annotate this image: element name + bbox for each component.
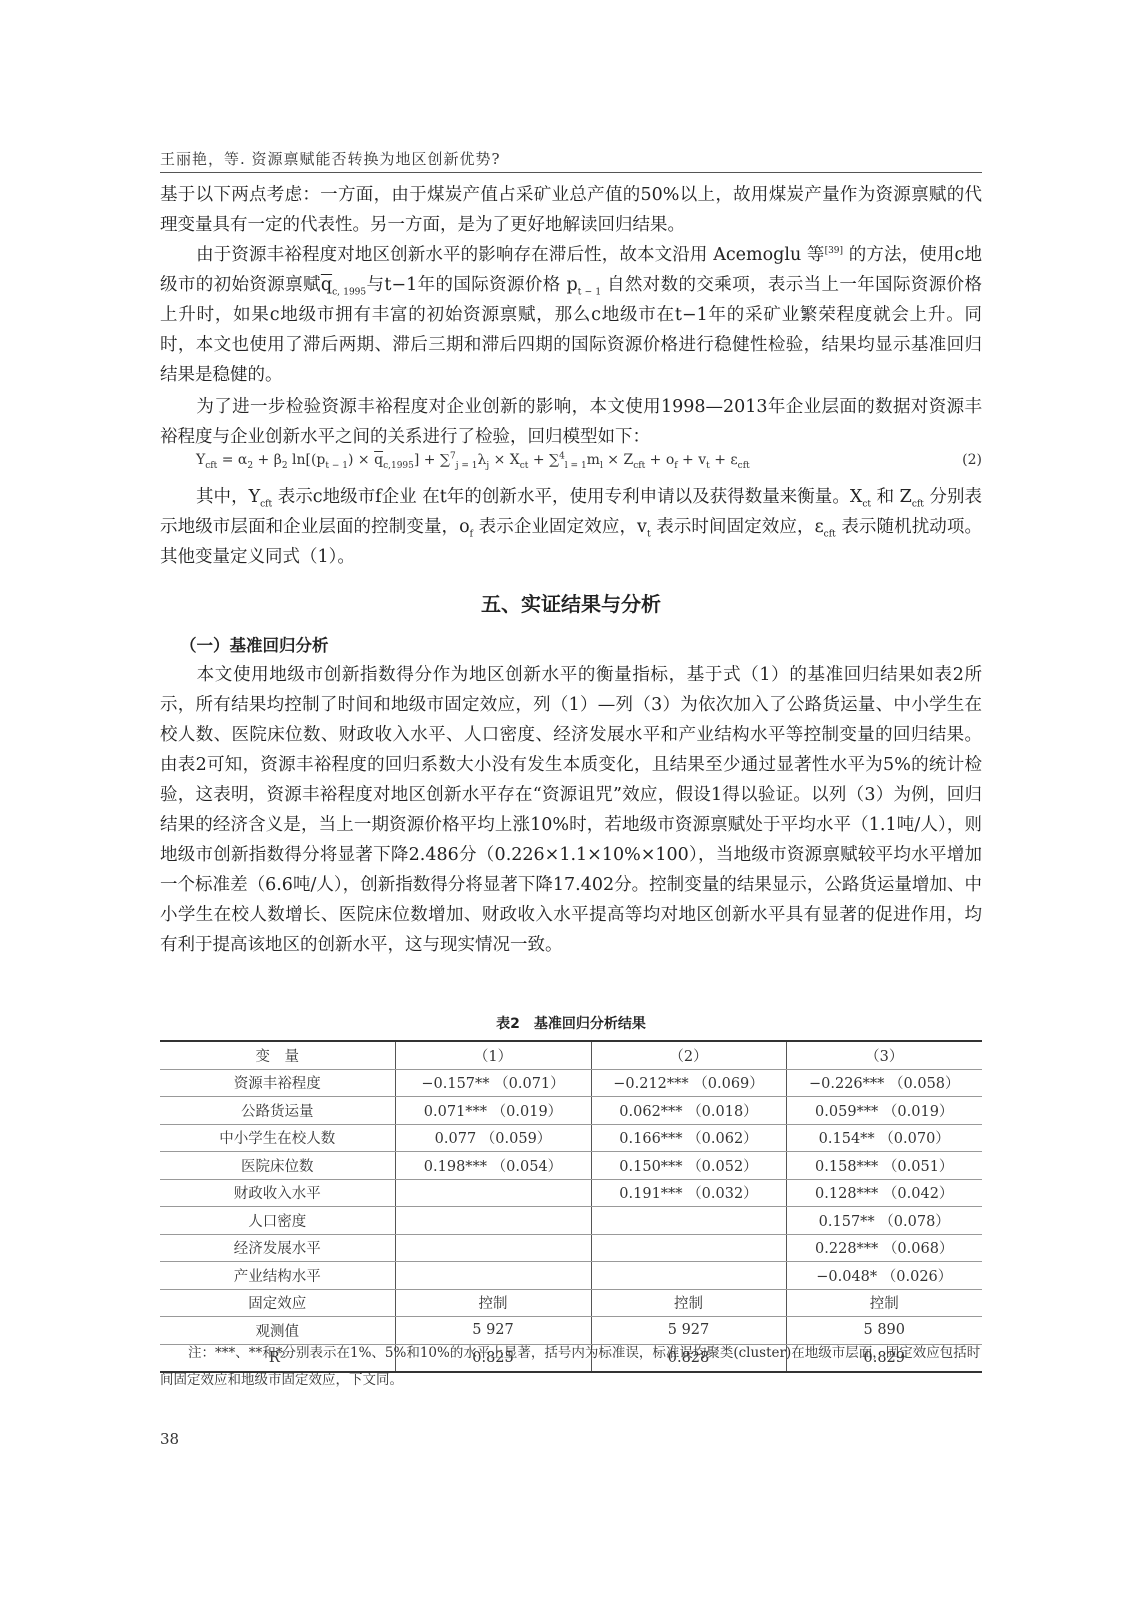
table-row: 中小学生在校人数0.077 （0.059）0.166*** （0.062）0.1… (160, 1124, 982, 1152)
paragraph-3: 为了进一步检验资源丰裕程度对企业创新的影响，本文使用1998—2013年企业层面… (160, 392, 982, 452)
coefficient-cell: 0.198*** （0.054） (395, 1152, 591, 1180)
coefficient-cell: 0.071*** （0.019） (395, 1097, 591, 1125)
subsection-title: （一）基准回归分析 (180, 632, 329, 656)
coefficient-cell: 0.166*** （0.062） (591, 1124, 786, 1152)
running-head: 王丽艳，等. 资源禀赋能否转换为地区创新优势? (160, 148, 982, 169)
coefficient-cell: −0.212*** （0.069） (591, 1069, 786, 1097)
variable-name-cell: 中小学生在校人数 (160, 1124, 395, 1152)
variable-name-cell: 财政收入水平 (160, 1179, 395, 1207)
header-col-1: （1） (395, 1041, 591, 1069)
coefficient-cell (395, 1234, 591, 1262)
coefficient-cell: 0.059*** （0.019） (786, 1097, 982, 1125)
coefficient-cell (395, 1179, 591, 1207)
coefficient-cell (395, 1262, 591, 1290)
table-body: 资源丰裕程度−0.157** （0.071）−0.212*** （0.069）−… (160, 1069, 982, 1372)
coefficient-cell: 0.062*** （0.018） (591, 1097, 786, 1125)
equation-2: Ycft = α2 + β2 ln[(pt − 1) × qc,1995] + … (196, 452, 982, 468)
table-caption: 表2 基准回归分析结果 (160, 1013, 982, 1033)
coefficient-cell: −0.157** （0.071） (395, 1069, 591, 1097)
table-header-row: 变 量 （1） （2） （3） (160, 1041, 982, 1069)
header-divider (160, 172, 982, 173)
table-row: 经济发展水平0.228*** （0.068） (160, 1234, 982, 1262)
variable-name-cell: 人口密度 (160, 1207, 395, 1235)
coefficient-cell (591, 1207, 786, 1235)
coefficient-cell (395, 1207, 591, 1235)
citation-ref: [39] (825, 246, 843, 256)
table-row: 公路货运量0.071*** （0.019）0.062*** （0.018）0.0… (160, 1097, 982, 1125)
variable-name-cell: 固定效应 (160, 1289, 395, 1317)
header-col-2: （2） (591, 1041, 786, 1069)
equation-body: Ycft = α2 + β2 ln[(pt − 1) × qc,1995] + … (196, 452, 750, 468)
table-row: 固定效应控制控制控制 (160, 1289, 982, 1317)
coefficient-cell: 0.191*** （0.032） (591, 1179, 786, 1207)
coefficient-cell: 控制 (591, 1289, 786, 1317)
regression-table: 变 量 （1） （2） （3） 资源丰裕程度−0.157** （0.071）−0… (160, 1040, 982, 1373)
coefficient-cell: 控制 (395, 1289, 591, 1317)
coefficient-cell: 0.157** （0.078） (786, 1207, 982, 1235)
equation-number: (2) (962, 452, 982, 468)
coefficient-cell: 控制 (786, 1289, 982, 1317)
coefficient-cell: 0.154** （0.070） (786, 1124, 982, 1152)
table-note: 注：***、**和*分别表示在1%、5%和10%的水平上显著，括号内为标准误，标… (160, 1340, 982, 1394)
coefficient-cell: 0.158*** （0.051） (786, 1152, 982, 1180)
table-row: 财政收入水平0.191*** （0.032）0.128*** （0.042） (160, 1179, 982, 1207)
coefficient-cell: 0.150*** （0.052） (591, 1152, 786, 1180)
paragraph-1: 基于以下两点考虑：一方面，由于煤炭产值占采矿业总产值的50%以上，故用煤炭产量作… (160, 180, 982, 240)
coefficient-cell (591, 1262, 786, 1290)
table-row: 医院床位数0.198*** （0.054）0.150*** （0.052）0.1… (160, 1152, 982, 1180)
page-number: 38 (160, 1430, 179, 1448)
coefficient-cell: 0.077 （0.059） (395, 1124, 591, 1152)
variable-name-cell: 医院床位数 (160, 1152, 395, 1180)
coefficient-cell (591, 1234, 786, 1262)
paragraph-5: 本文使用地级市创新指数得分作为地区创新水平的衡量指标，基于式（1）的基准回归结果… (160, 660, 982, 960)
paragraph-4: 其中，Ycft 表示c地级市f企业 在t年的创新水平，使用专利申请以及获得数量来… (160, 482, 982, 572)
paragraph-2: 由于资源丰裕程度对地区创新水平的影响存在滞后性，故本文沿用 Acemoglu 等… (160, 240, 982, 390)
coefficient-cell: −0.048* （0.026） (786, 1262, 982, 1290)
coefficient-cell: 0.228*** （0.068） (786, 1234, 982, 1262)
variable-name-cell: 资源丰裕程度 (160, 1069, 395, 1097)
header-col-3: （3） (786, 1041, 982, 1069)
variable-name-cell: 经济发展水平 (160, 1234, 395, 1262)
table-row: 资源丰裕程度−0.157** （0.071）−0.212*** （0.069）−… (160, 1069, 982, 1097)
section-title: 五、实证结果与分析 (160, 588, 982, 617)
table-row: 人口密度0.157** （0.078） (160, 1207, 982, 1235)
coefficient-cell: 0.128*** （0.042） (786, 1179, 982, 1207)
coefficient-cell: −0.226*** （0.058） (786, 1069, 982, 1097)
header-variable: 变 量 (160, 1041, 395, 1069)
variable-name-cell: 公路货运量 (160, 1097, 395, 1125)
variable-name-cell: 产业结构水平 (160, 1262, 395, 1290)
table-row: 产业结构水平−0.048* （0.026） (160, 1262, 982, 1290)
